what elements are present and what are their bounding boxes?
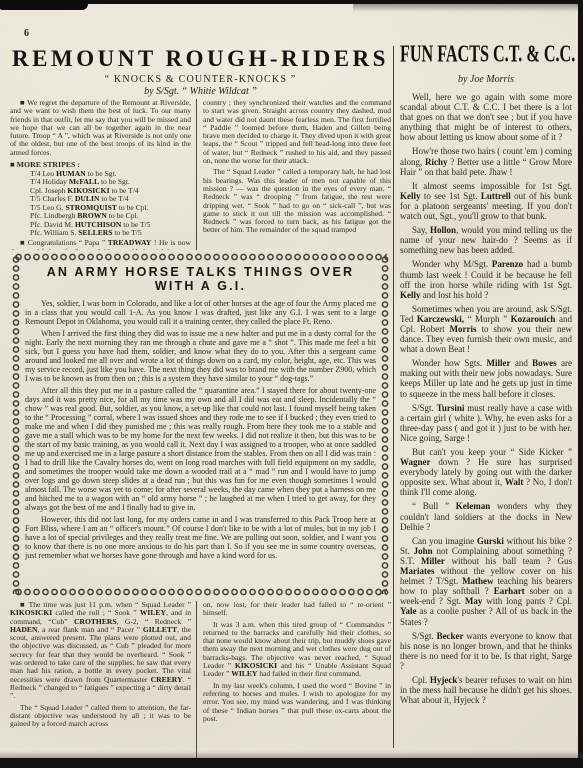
paragraph: It almost seems impossible for 1st Sgt. … [400,181,572,221]
paragraph: S/Sgt. Tursini must really have a case w… [400,403,572,443]
paragraph: Sometimes when you are around, ask S/Sgt… [400,304,572,354]
paragraph: “ Bull ” Keleman wonders why they couldn… [400,501,572,531]
paragraph: Cpl. Hyjeck's bearer refuses to wait on … [400,675,572,705]
stripes-item: Pfc. William S. SELLERS to be T/5 [10,229,191,237]
fun-facts-body: Well, here we go again with some more sc… [400,92,572,705]
paragraph: Wonder why M/Sgt. Parenzo had a bumb thu… [400,259,572,299]
scan-edge-bottom [0,758,583,768]
army-horse-content: AN ARMY HORSE TALKS THINGS OVER WITH A G… [25,263,376,588]
paragraph: country ; they synchronized their watche… [203,99,391,165]
paragraph: The “ Squad Leader ” called a temporary … [203,168,391,234]
paragraph: S/Sgt. Becker wants everyone to know tha… [400,631,572,671]
paragraph: The “ Squad Leader ” called them to atte… [10,704,191,729]
page-number: 6 [24,28,29,39]
paragraph: When I arrived the first thing they did … [25,329,376,383]
section-divider [393,46,394,748]
bottom-column-right: on, now lost, for their leader had faile… [196,601,391,758]
remount-column-right: country ; they synchronized their watche… [196,99,391,250]
bottom-column-left: ■ The time was just 11 p.m. when “ Squad… [10,601,196,758]
article-subtitle: “ KNOCKS & COUNTER-KNOCKS ” [10,74,391,85]
paragraph: Yes, soldier, I was born in Colorado, an… [25,299,376,326]
chain-border-bottom [14,588,387,596]
paragraph: In my last week's column, I used the wor… [203,682,391,723]
chain-border-right [381,255,389,594]
remount-column-left: ■ We regret the departure of the Remount… [10,99,196,250]
paragraph: ■ We regret the departure of the Remount… [10,99,191,157]
scan-edge-top-right [353,4,583,12]
paragraph: ■ The time was just 11 p.m. when “ Squad… [10,601,191,701]
paragraph: ■ Congratulations “ Papa ” TREADWAY ! He… [10,239,191,250]
remount-columns: ■ We regret the departure of the Remount… [10,99,391,250]
paragraph: How're those two hairs ( count 'em ) com… [400,146,572,176]
paragraph: After all this they put me in a pasture … [25,386,376,512]
fun-facts-section: FUN FACTS C.T. & C.C. by Joe Morris Well… [400,44,572,709]
scan-edge-right [578,0,583,768]
newspaper-page: 6 REMOUNT ROUGH-RIDERS “ KNOCKS & COUNTE… [0,0,583,768]
paragraph: Can you imagine Gurski without his bike … [400,536,572,627]
chain-border-top [14,253,387,261]
paragraph: But can't you keep your “ Side Kicker ” … [400,447,572,497]
army-horse-title: AN ARMY HORSE TALKS THINGS OVER WITH A G… [25,265,376,293]
article-byline: by S/Sgt. “ Whitie Wildcat ” [10,86,391,97]
paragraph: Say, Hollon, would you mind telling us t… [400,225,572,255]
bottom-columns: ■ The time was just 11 p.m. when “ Squad… [10,601,391,758]
paragraph: on, now lost, for their leader had faile… [203,601,391,618]
stripes-heading: ■ MORE STRIPES : [10,160,191,169]
army-horse-box: AN ARMY HORSE TALKS THINGS OVER WITH A G… [12,253,389,596]
paragraph: However, this did not last long, for my … [25,515,376,560]
remount-masthead: REMOUNT ROUGH-RIDERS “ KNOCKS & COUNTER-… [10,46,391,97]
paragraph: Wonder how Sgts. Miller and Bowes are ma… [400,358,572,398]
scan-edge-top-left [0,0,88,10]
chain-border-left [12,255,20,594]
fun-facts-byline: by Joe Morris [400,74,572,85]
paragraph: Well, here we go again with some more sc… [400,92,572,142]
stripes-list: T/4 Leo HUMAN to be Sgt. T/4 Holiday McF… [10,170,191,237]
paragraph: It was 3 a.m. when this tired group of “… [203,621,391,679]
fun-facts-title: FUN FACTS C.T. & C.C. [400,41,546,69]
article-title: REMOUNT ROUGH-RIDERS [10,46,391,72]
